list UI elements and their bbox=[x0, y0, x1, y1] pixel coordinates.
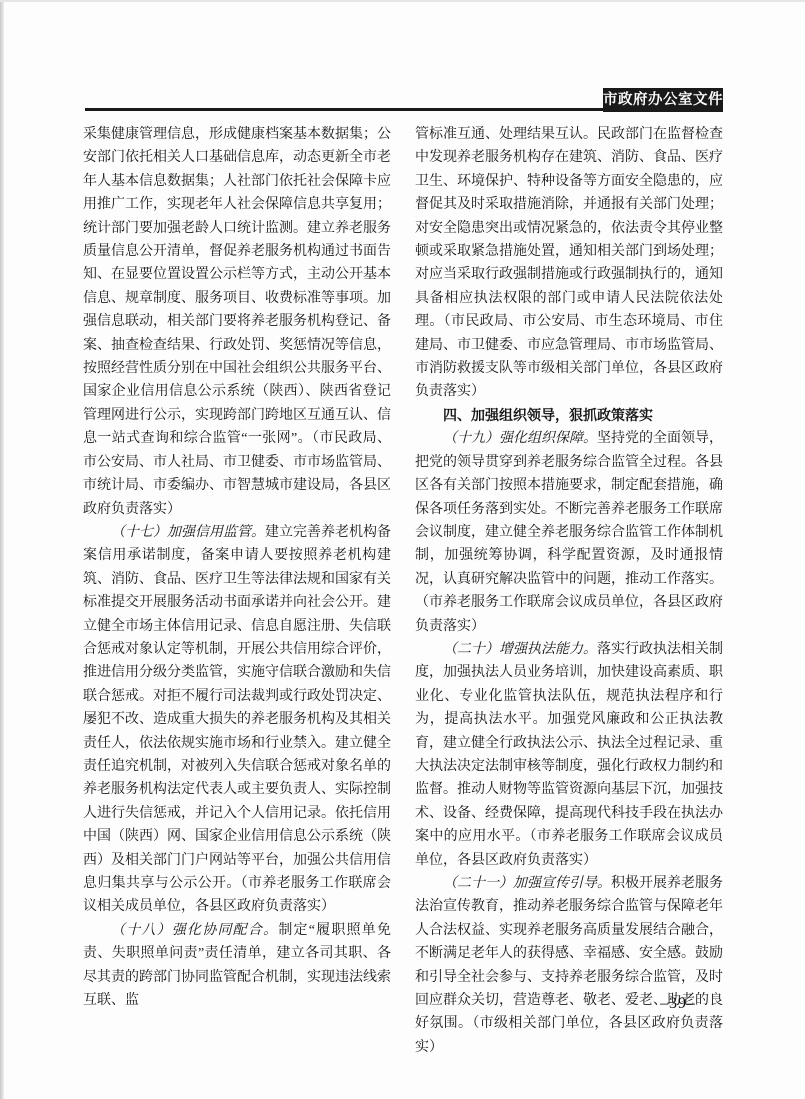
clause-lead: （二十一）加强宣传引导。 bbox=[443, 876, 611, 891]
paragraph: （二十）增强执法能力。落实行政执法相关制度，加强执法人员业务培训，加快建设高素质… bbox=[415, 638, 723, 872]
scan-edge-top bbox=[0, 0, 805, 2]
paragraph: （十九）强化组织保障。坚持党的全面领导，把党的领导贯穿到养老服务综合监管全过程。… bbox=[415, 427, 723, 638]
paragraph: （十八）强化协同配合。制定“履职照单免责、失职照单问责”责任清单，建立各司其职、… bbox=[83, 919, 391, 1013]
scan-edge-left bbox=[0, 0, 4, 1099]
section-heading: 四、加强组织领导，狠抓政策落实 bbox=[415, 404, 723, 427]
paragraph: （二十一）加强宣传引导。积极开展养老服务法治宣传教育，推动养老服务综合监管与保障… bbox=[415, 872, 723, 1059]
clause-lead: （二十）增强执法能力。 bbox=[443, 642, 597, 657]
clause-lead: （十九）强化组织保障。 bbox=[443, 431, 597, 446]
header-rule bbox=[85, 108, 603, 111]
paragraph: （十七）加强信用监管。建立完善养老机构备案信用承诺制度，备案申请人要按照养老机构… bbox=[83, 521, 391, 919]
page-number: –39– bbox=[648, 995, 708, 1013]
text-columns: 采集健康管理信息，形成健康档案基本数据集；公安部门依托相关人口基础信息库，动态更… bbox=[83, 123, 723, 1059]
clause-lead: （十八）强化协同配合。 bbox=[111, 923, 278, 938]
document-page: 市政府办公室文件 采集健康管理信息，形成健康档案基本数据集；公安部门依托相关人口… bbox=[0, 0, 805, 1099]
paragraph: 采集健康管理信息，形成健康档案基本数据集；公安部门依托相关人口基础信息库，动态更… bbox=[83, 123, 391, 521]
right-column: 管标准互通、处理结果互认。民政部门在监督检查中发现养老服务机构存在建筑、消防、食… bbox=[415, 123, 723, 1059]
document-type-banner: 市政府办公室文件 bbox=[603, 88, 723, 112]
clause-lead: （十七）加强信用监管。 bbox=[111, 525, 265, 540]
document-type-label: 市政府办公室文件 bbox=[603, 92, 723, 108]
left-column: 采集健康管理信息，形成健康档案基本数据集；公安部门依托相关人口基础信息库，动态更… bbox=[83, 123, 391, 1059]
paragraph: 管标准互通、处理结果互认。民政部门在监督检查中发现养老服务机构存在建筑、消防、食… bbox=[415, 123, 723, 404]
